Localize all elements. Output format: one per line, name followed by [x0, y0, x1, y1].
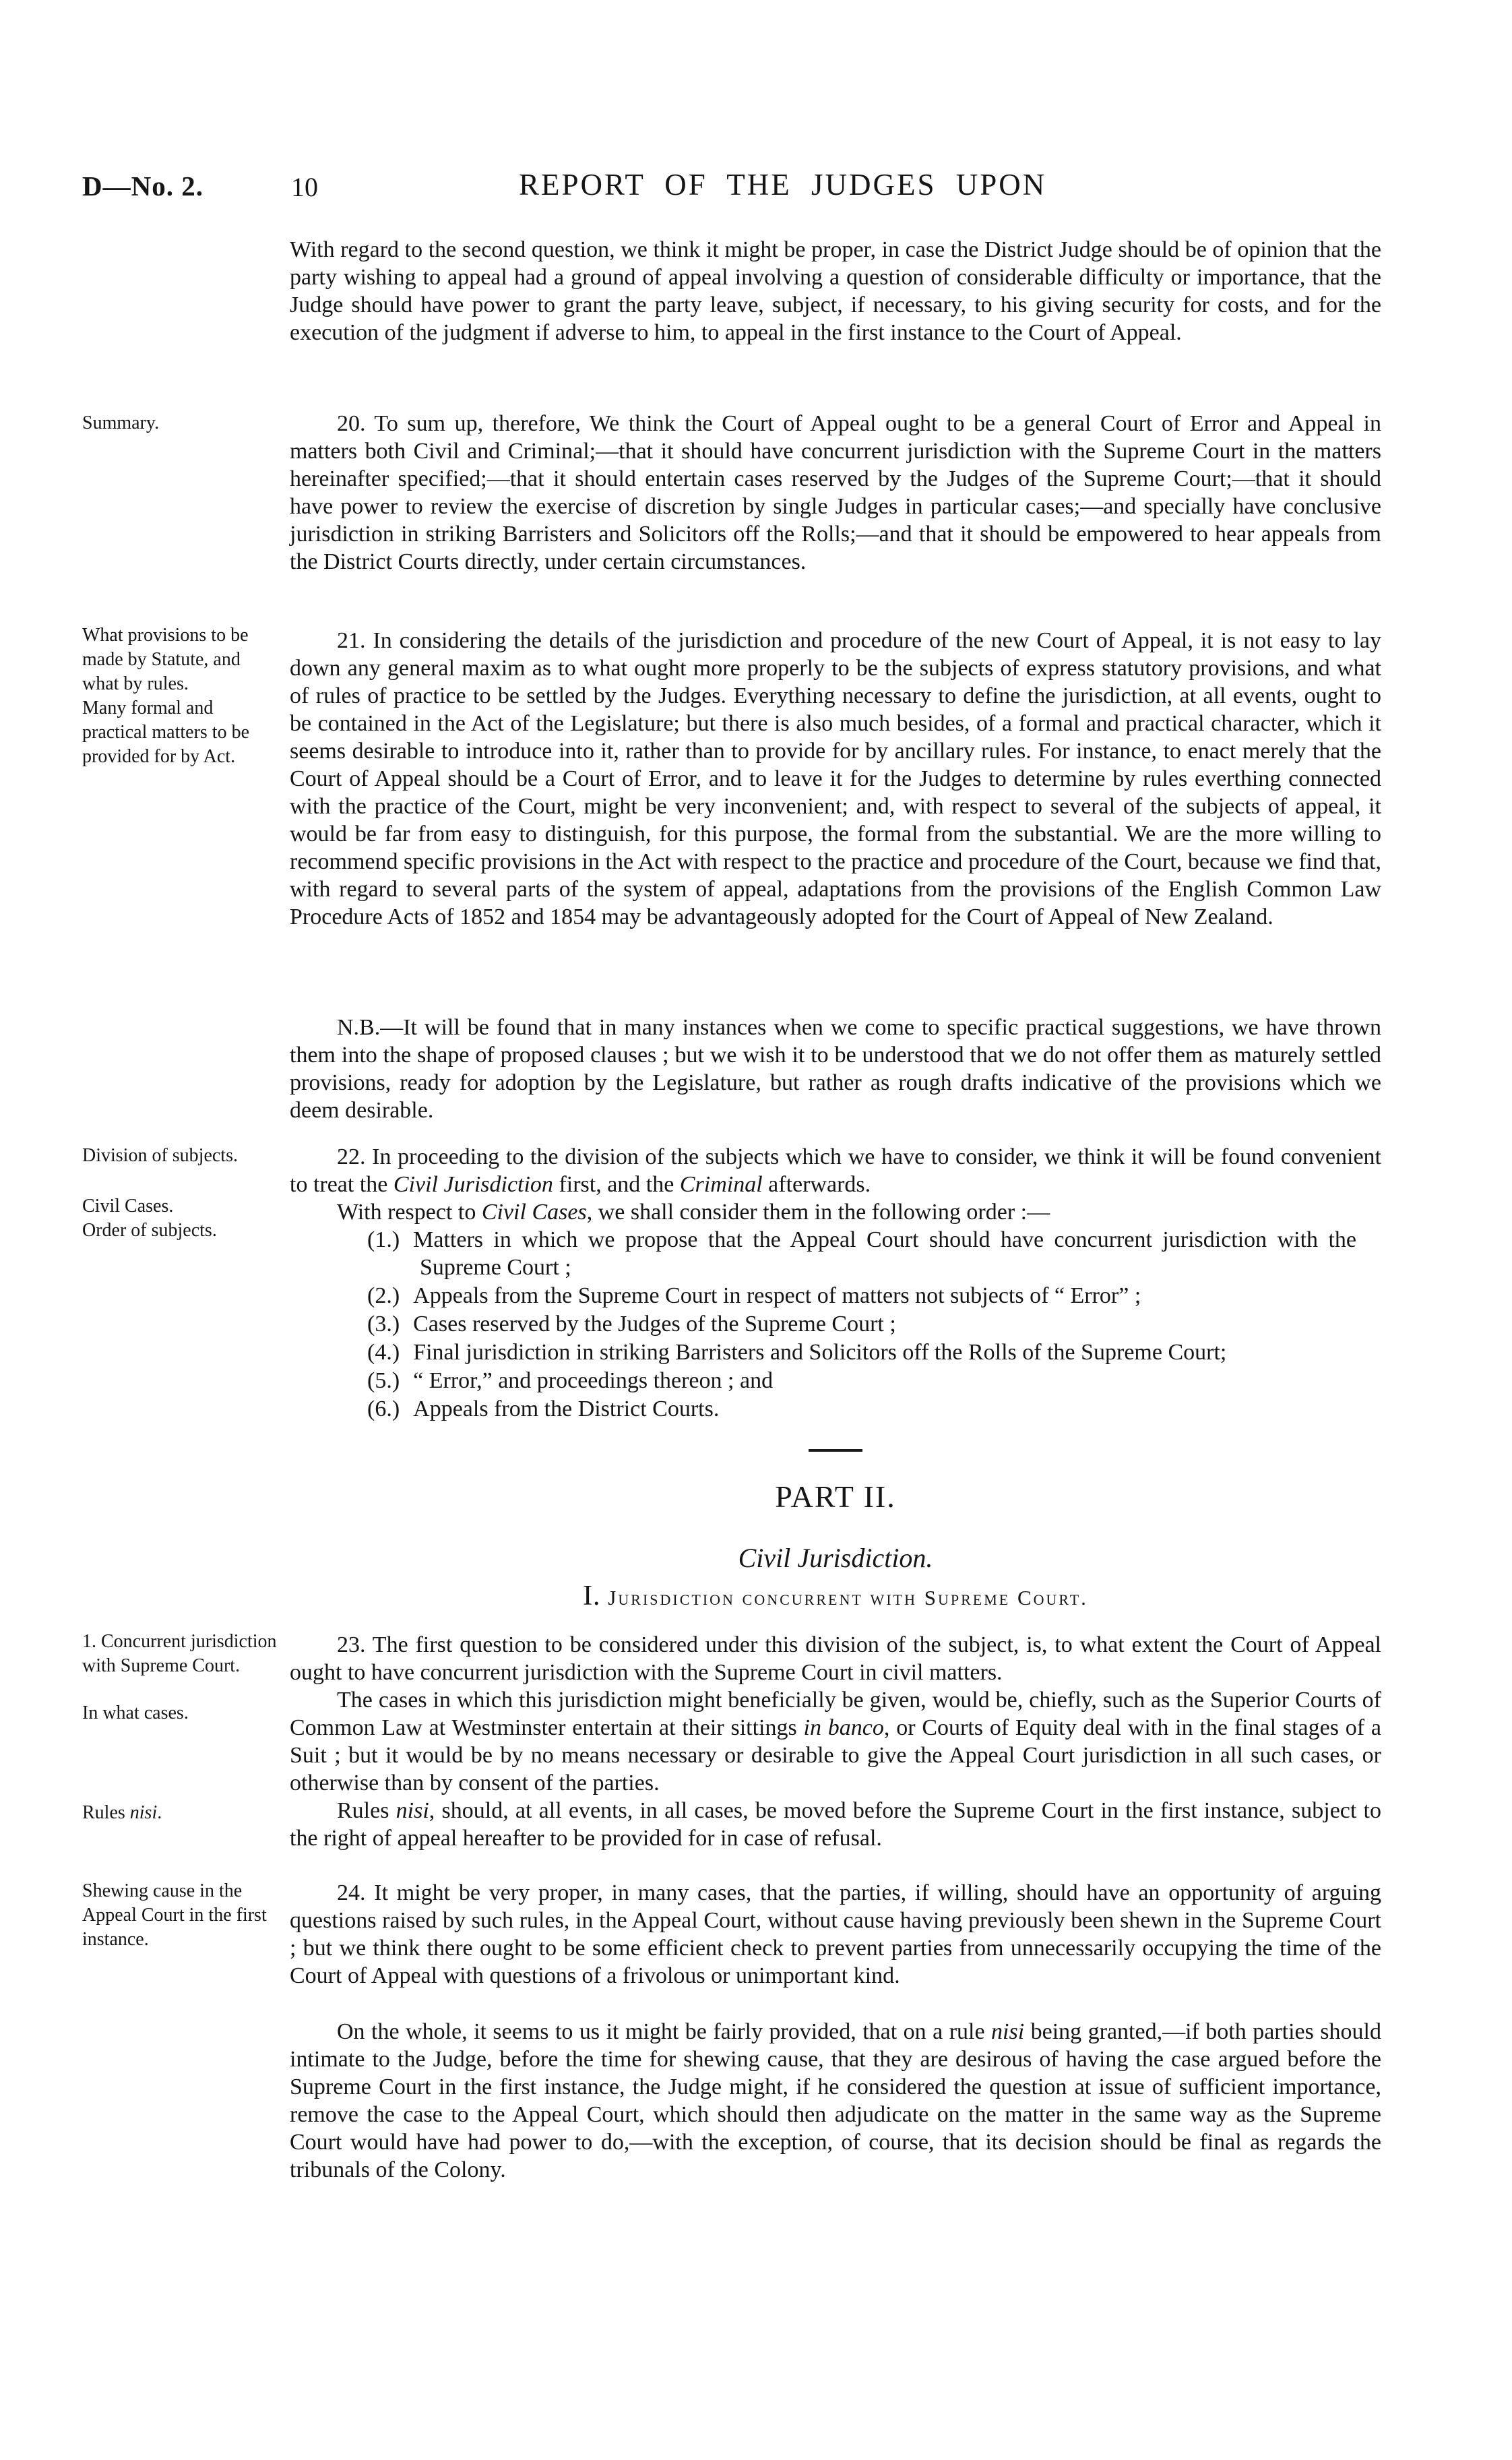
part-2-title: PART II. — [290, 1479, 1381, 1514]
paragraph-21: 21. In considering the details of the ju… — [290, 627, 1381, 931]
sidenote-formal-practical: Many formal and practical matters to be … — [82, 696, 279, 769]
list-item-2-number: (2.) — [367, 1283, 400, 1308]
list-item-5: (5.)“ Error,” and proceedings thereon ; … — [367, 1367, 1381, 1394]
list-item-3: (3.)Cases reserved by the Judges of the … — [367, 1310, 1381, 1338]
paragraph-23c-nisi: nisi — [396, 1798, 429, 1823]
section-1-heading: I. Jurisdiction concurrent with Supreme … — [290, 1580, 1381, 1612]
paragraph-nb: N.B.—It will be found that in many insta… — [290, 1014, 1381, 1124]
paragraph-23c: Rules nisi, should, at all events, in al… — [290, 1797, 1381, 1852]
paragraph-22-civil-jurisdiction: Civil Jurisdiction — [393, 1172, 553, 1197]
paragraph-22b: With respect to Civil Cases, we shall co… — [290, 1198, 1381, 1226]
list-item-5-text: “ Error,” and proceedings thereon ; and — [413, 1368, 773, 1393]
section-1-heading-text — [601, 1586, 608, 1609]
part-2-subtitle-civil-jurisdiction: Civil Jurisdiction. — [290, 1542, 1381, 1574]
paragraph-19-continuation: With regard to the second question, we t… — [290, 236, 1381, 346]
paragraph-22: 22. In proceeding to the division of the… — [290, 1143, 1381, 1198]
paragraph-20-summary: 20. To sum up, therefore, We think the C… — [290, 410, 1381, 576]
list-item-3-text: Cases reserved by the Judges of the Supr… — [413, 1312, 896, 1336]
list-item-6: (6.)Appeals from the District Courts. — [367, 1395, 1381, 1423]
paragraph-22-run: first, and the — [553, 1172, 680, 1197]
subjects-list: (1.)Matters in which we propose that the… — [290, 1226, 1381, 1423]
paragraph-24: 24. It might be very proper, in many cas… — [290, 1879, 1381, 1990]
section-divider-rule — [809, 1449, 862, 1452]
list-item-4-text: Final jurisdiction in striking Barrister… — [413, 1340, 1226, 1365]
paragraph-24b-nisi: nisi — [991, 2019, 1024, 2044]
paragraph-22-run: afterwards. — [763, 1172, 871, 1197]
paragraph-23c-run: Rules — [337, 1798, 396, 1823]
list-item-1-number: (1.) — [367, 1227, 400, 1252]
page-number: 10 — [291, 171, 318, 203]
sidenote-civil-cases: Civil Cases. — [82, 1194, 279, 1219]
list-item-6-text: Appeals from the District Courts. — [413, 1396, 719, 1421]
sidenote-concurrent-jurisdiction: 1. Concurrent jurisdiction with Supreme … — [82, 1630, 279, 1678]
paragraph-23b: The cases in which this jurisdiction mig… — [290, 1686, 1381, 1797]
sidenote-rules-nisi-period: . — [157, 1802, 162, 1823]
list-item-6-number: (6.) — [367, 1396, 400, 1421]
sidenote-rules-nisi-italic: nisi — [130, 1802, 157, 1823]
paragraph-24b-run: On the whole, it seems to us it might be… — [337, 2019, 991, 2044]
paragraph-22b-run: , we shall consider them in the followin… — [587, 1200, 1050, 1225]
sidenote-rules-nisi: Rules nisi. — [82, 1801, 279, 1825]
document-reference: D—No. 2. — [82, 170, 203, 202]
sidenote-division-of-subjects: Division of subjects. — [82, 1144, 279, 1168]
sidenote-in-what-cases: In what cases. — [82, 1701, 279, 1725]
section-1-heading-caps: Jurisdiction concurrent with Supreme Cou… — [608, 1586, 1088, 1609]
paragraph-22-criminal: Criminal — [680, 1172, 763, 1197]
list-item-2: (2.)Appeals from the Supreme Court in re… — [367, 1282, 1381, 1310]
list-item-5-number: (5.) — [367, 1368, 400, 1393]
list-item-4: (4.)Final jurisdiction in striking Barri… — [367, 1339, 1356, 1366]
sidenote-order-of-subjects: Order of subjects. — [82, 1219, 279, 1243]
list-item-2-text: Appeals from the Supreme Court in respec… — [413, 1283, 1141, 1308]
list-item-1-text: Matters in which we propose that the App… — [413, 1227, 1356, 1280]
paragraph-24b: On the whole, it seems to us it might be… — [290, 2018, 1381, 2184]
sidenote-summary: Summary. — [82, 411, 279, 435]
sidenote-rules-nisi-text: Rules — [82, 1802, 130, 1823]
running-title: REPORT OF THE JUDGES UPON — [519, 167, 1046, 202]
list-item-3-number: (3.) — [367, 1312, 400, 1336]
section-1-numeral: I. — [583, 1580, 601, 1611]
paragraph-23b-in-banco: in banco — [804, 1715, 884, 1740]
sidenote-statute-rules: What provisions to be made by Statute, a… — [82, 623, 279, 696]
list-item-1: (1.)Matters in which we propose that the… — [367, 1226, 1356, 1281]
paragraph-23: 23. The first question to be considered … — [290, 1631, 1381, 1686]
list-item-4-number: (4.) — [367, 1340, 400, 1365]
sidenote-shewing-cause: Shewing cause in the Appeal Court in the… — [82, 1879, 279, 1952]
paragraph-23c-run: , should, at all events, in all cases, b… — [290, 1798, 1381, 1851]
paragraph-22b-civil-cases: Civil Cases — [482, 1200, 587, 1225]
document-page: D—No. 2. 10 REPORT OF THE JUDGES UPON Su… — [0, 0, 1512, 2460]
paragraph-22b-run: With respect to — [337, 1200, 482, 1225]
